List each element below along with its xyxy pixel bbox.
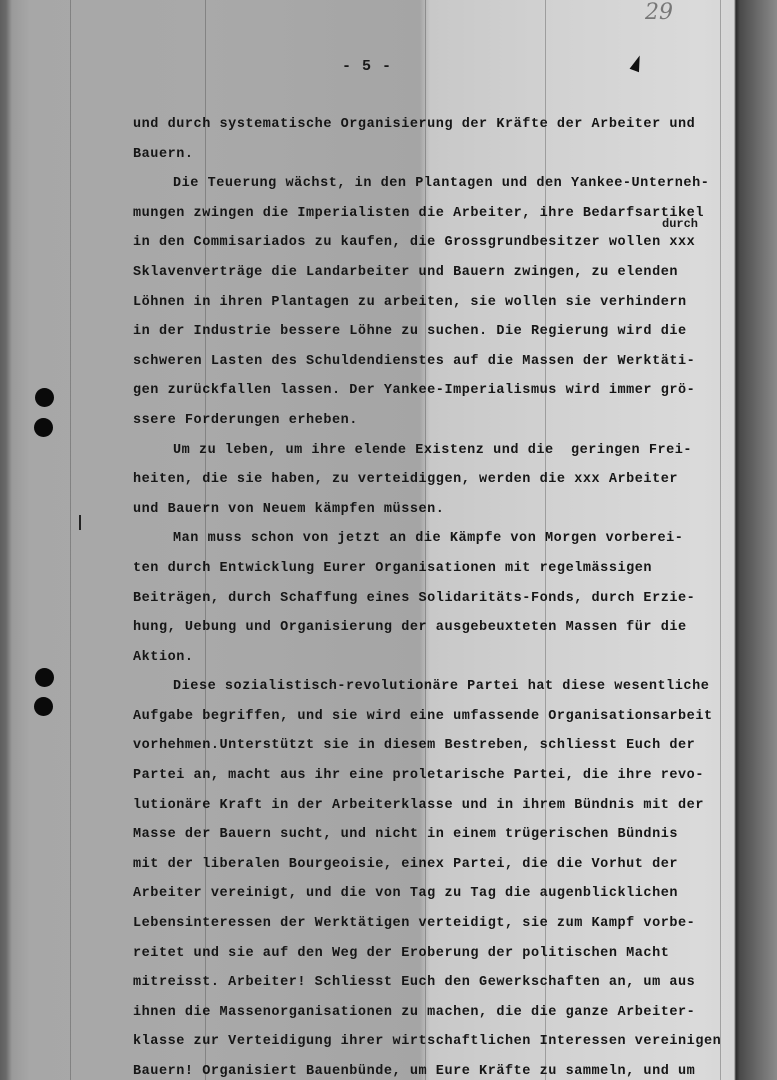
punch-hole — [34, 418, 53, 437]
pen-mark — [630, 54, 645, 72]
text-line: Beiträgen, durch Schaffung eines Solidar… — [133, 584, 733, 614]
punch-hole — [35, 668, 54, 687]
text-line: Man muss schon von jetzt an die Kämpfe v… — [133, 524, 733, 554]
text-line: in den Commisariados zu kaufen, die Gros… — [133, 228, 733, 258]
punch-hole — [34, 697, 53, 716]
punch-hole — [35, 388, 54, 407]
text-line: Arbeiter vereinigt, und die von Tag zu T… — [133, 879, 733, 909]
scan-streak — [70, 0, 71, 1080]
text-line: heiten, die sie haben, zu verteidiggen, … — [133, 465, 733, 495]
text-line: mitreisst. Arbeiter! Schliesst Euch den … — [133, 968, 733, 998]
text-line: Aufgabe begriffen, und sie wird eine umf… — [133, 702, 733, 732]
text-line: und durch systematische Organisierung de… — [133, 110, 733, 140]
text-line: ssere Forderungen erheben. — [133, 406, 733, 436]
text-line: gen zurückfallen lassen. Der Yankee-Impe… — [133, 376, 733, 406]
text-line: ten durch Entwicklung Eurer Organisation… — [133, 554, 733, 584]
text-line: Diese sozialistisch-revolutionäre Partei… — [133, 672, 733, 702]
text-line: Masse der Bauern sucht, und nicht in ein… — [133, 820, 733, 850]
page-number: - 5 - — [342, 58, 392, 75]
text-line: schweren Lasten des Schuldendienstes auf… — [133, 347, 733, 377]
text-line: Sklavenverträge die Landarbeiter und Bau… — [133, 258, 733, 288]
text-line: mungen zwingen die Imperialisten die Arb… — [133, 199, 733, 229]
text-line: Partei an, macht aus ihr eine proletaris… — [133, 761, 733, 791]
margin-mark — [79, 515, 81, 530]
text-line: mit der liberalen Bourgeoisie, einex Par… — [133, 850, 733, 880]
text-line: Aktion. — [133, 643, 733, 673]
archive-number: 29 — [645, 0, 673, 25]
text-line: Bauern. — [133, 140, 733, 170]
text-line: lutionäre Kraft in der Arbeiterklasse un… — [133, 791, 733, 821]
text-line: hung, Uebung und Organisierung der ausge… — [133, 613, 733, 643]
text-line: Bauern! Organisiert Bauenbünde, um Eure … — [133, 1057, 733, 1080]
text-line: Um zu leben, um ihre elende Existenz und… — [133, 436, 733, 466]
text-line: Löhnen in ihren Plantagen zu arbeiten, s… — [133, 288, 733, 318]
text-line: Die Teuerung wächst, in den Plantagen un… — [133, 169, 733, 199]
text-line: ihnen die Massenorganisationen zu machen… — [133, 998, 733, 1028]
text-line: reitet und sie auf den Weg der Eroberung… — [133, 939, 733, 969]
typewritten-body: und durch systematische Organisierung de… — [133, 110, 733, 1080]
text-line: Lebensinteressen der Werktätigen verteid… — [133, 909, 733, 939]
text-line: und Bauern von Neuem kämpfen müssen. — [133, 495, 733, 525]
text-line: klasse zur Verteidigung ihrer wirtschaft… — [133, 1027, 733, 1057]
text-line: vorhehmen.Unterstützt sie in diesem Best… — [133, 731, 733, 761]
text-line: in der Industrie bessere Löhne zu suchen… — [133, 317, 733, 347]
scanned-page: 29 - 5 - durch und durch systematische O… — [0, 0, 777, 1080]
